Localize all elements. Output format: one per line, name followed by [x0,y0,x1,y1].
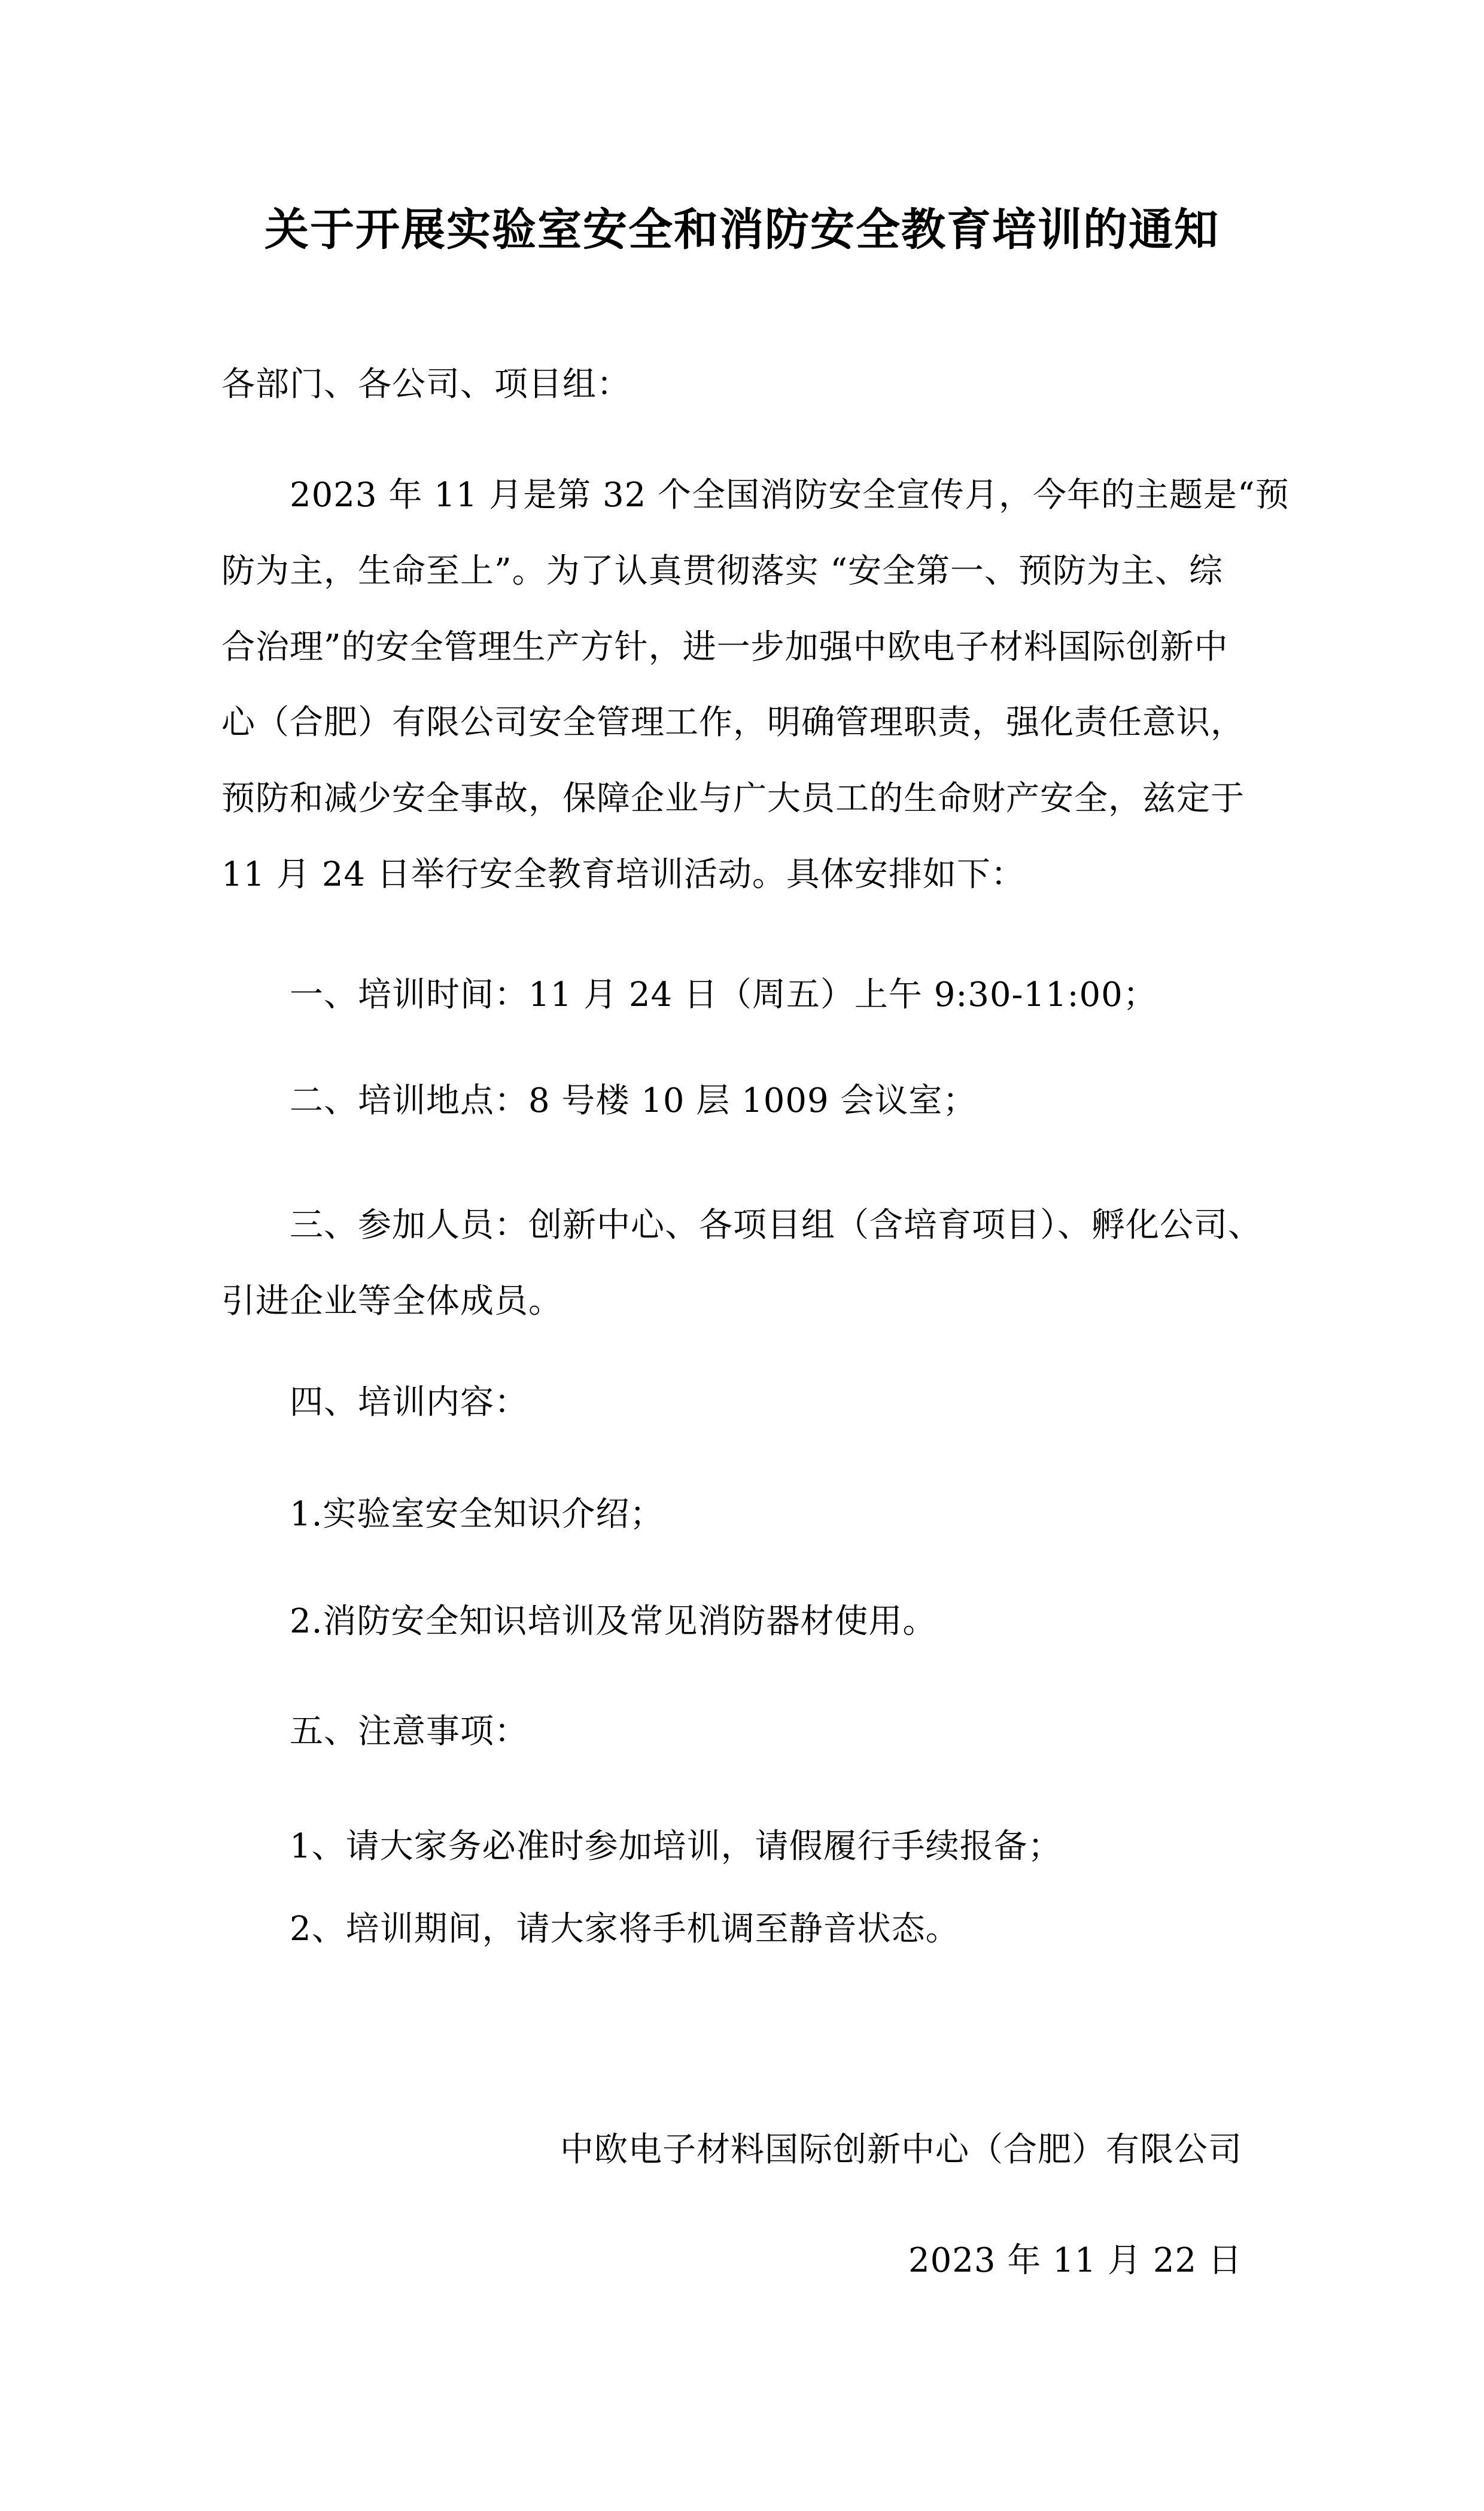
participants-line: 引进企业等全体成员。 [221,1285,562,1318]
signature-date: 2023 年 11 月 22 日 [908,2244,1242,2278]
content-item: 2.消防安全知识培训及常见消防器材使用。 [290,1605,936,1638]
section-time: 一、培训时间：11 月 24 日（周五）上午 9:30-11:00； [290,978,1157,1012]
intro-line: 11 月 24 日举行安全教育培训活动。具体安排如下： [221,858,1025,892]
content-heading: 四、培训内容： [290,1386,528,1419]
participants-line: 三、参加人员：创新中心、各项目组（含培育项目）、孵化公司、 [290,1209,1262,1242]
intro-line: 合治理”的安全管理生产方针，进一步加强中欧电子材料国际创新中 [221,631,1228,664]
notes-item: 2、培训期间，请大家将手机调至静音状态。 [290,1913,960,1946]
intro-line: 防为主，生命至上”。为了认真贯彻落实 “安全第一、预防为主、综 [221,555,1223,588]
notes-item: 1、请大家务必准时参加培训，请假履行手续报备； [290,1830,1062,1864]
content-item: 1.实验室安全知识介绍； [290,1498,664,1531]
notes-heading: 五、注意事项： [290,1715,528,1749]
document-title: 关于开展实验室安全和消防安全教育培训的通知 [0,194,1484,258]
salutation: 各部门、各公司、项目组： [221,368,631,402]
section-location: 二、培训地点：8 号楼 10 层 1009 会议室； [290,1084,977,1118]
intro-line: 心（合肥）有限公司安全管理工作，明确管理职责，强化责任意识， [221,706,1245,740]
signature-organization: 中欧电子材料国际创新中心（合肥）有限公司 [560,2133,1242,2167]
intro-line: 预防和减少安全事故，保障企业与广大员工的生命财产安全，兹定于 [221,782,1245,816]
intro-line: 2023 年 11 月是第 32 个全国消防安全宣传月，今年的主题是“预 [290,479,1290,512]
